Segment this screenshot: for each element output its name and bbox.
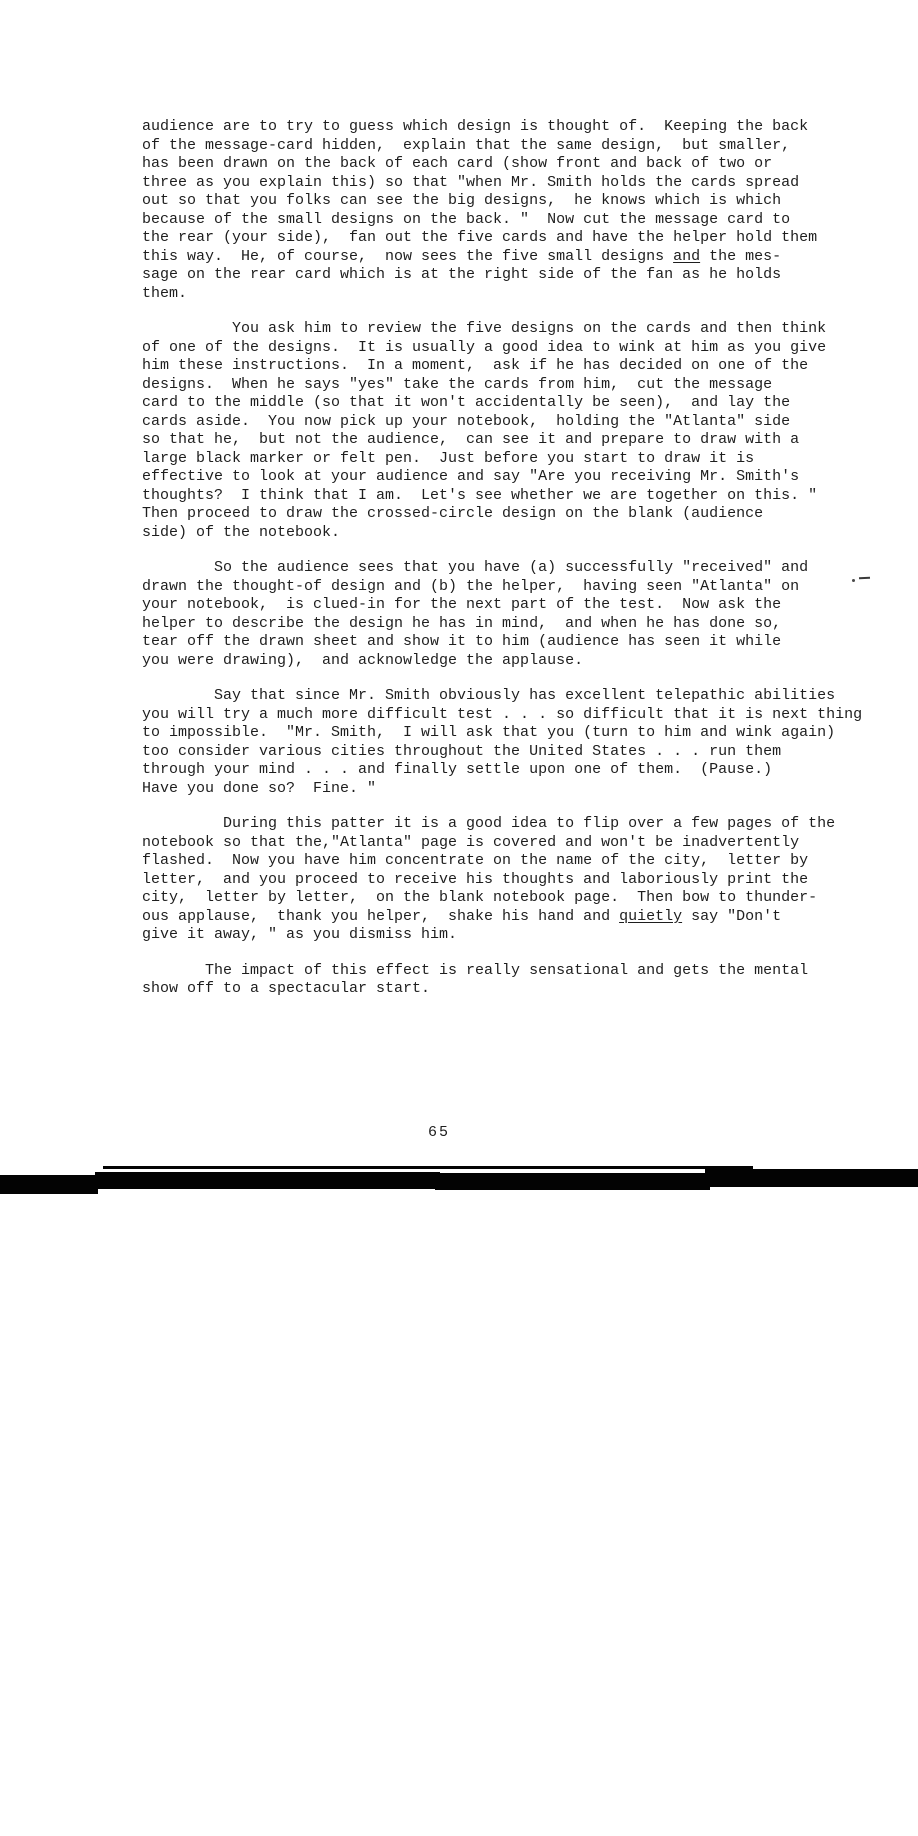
text-line: of the message-card hidden, explain that…: [142, 137, 882, 156]
text-line: city, letter by letter, on the blank not…: [142, 889, 882, 908]
text-line: the rear (your side), fan out the five c…: [142, 229, 882, 248]
scan-black-bar-segment-mid2: [435, 1173, 710, 1190]
scan-black-bar-segment-mid1: [95, 1172, 440, 1189]
text-line: During this patter it is a good idea to …: [142, 815, 882, 834]
paragraph: So the audience sees that you have (a) s…: [142, 559, 882, 670]
text-line: through your mind . . . and finally sett…: [142, 761, 882, 780]
text-line: notebook so that the,"Atlanta" page is c…: [142, 834, 882, 853]
text-line: them.: [142, 285, 882, 304]
text-line: him these instructions. In a moment, ask…: [142, 357, 882, 376]
scan-black-bar-segment-right: [705, 1169, 918, 1187]
scan-black-bar-segment-left: [0, 1175, 98, 1194]
text-line: give it away, " as you dismiss him.: [142, 926, 882, 945]
document-text: audience are to try to guess which desig…: [142, 118, 882, 1016]
scan-black-bar-thin-line: [103, 1166, 753, 1169]
text-line: large black marker or felt pen. Just bef…: [142, 450, 882, 469]
text-line: show off to a spectacular start.: [142, 980, 882, 999]
text-line: because of the small designs on the back…: [142, 211, 882, 230]
paragraph: The impact of this effect is really sens…: [142, 962, 882, 999]
text-line: You ask him to review the five designs o…: [142, 320, 882, 339]
text-line: cards aside. You now pick up your notebo…: [142, 413, 882, 432]
paragraph: Say that since Mr. Smith obviously has e…: [142, 687, 882, 798]
page-number: 65: [428, 1124, 450, 1142]
underlined-word: quietly: [619, 908, 682, 925]
text-line: you were drawing), and acknowledge the a…: [142, 652, 882, 671]
text-line: you will try a much more difficult test …: [142, 706, 882, 725]
text-line: your notebook, is clued-in for the next …: [142, 596, 882, 615]
text-line: thoughts? I think that I am. Let's see w…: [142, 487, 882, 506]
text-line: out so that you folks can see the big de…: [142, 192, 882, 211]
text-line: helper to describe the design he has in …: [142, 615, 882, 634]
text-line: tear off the drawn sheet and show it to …: [142, 633, 882, 652]
text-line: designs. When he says "yes" take the car…: [142, 376, 882, 395]
text-line: sage on the rear card which is at the ri…: [142, 266, 882, 285]
text-line: ous applause, thank you helper, shake hi…: [142, 908, 882, 927]
paragraph: You ask him to review the five designs o…: [142, 320, 882, 542]
text-line: flashed. Now you have him concentrate on…: [142, 852, 882, 871]
text-line: this way. He, of course, now sees the fi…: [142, 248, 882, 267]
text-line: audience are to try to guess which desig…: [142, 118, 882, 137]
scan-speck-dot: [852, 579, 855, 582]
text-line: So the audience sees that you have (a) s…: [142, 559, 882, 578]
text-line: three as you explain this) so that "when…: [142, 174, 882, 193]
text-line: drawn the thought-of design and (b) the …: [142, 578, 882, 597]
text-line: The impact of this effect is really sens…: [142, 962, 882, 981]
scanned-document-page: audience are to try to guess which desig…: [0, 0, 918, 1836]
underlined-word: and: [673, 248, 700, 265]
text-line: has been drawn on the back of each card …: [142, 155, 882, 174]
text-line: Have you done so? Fine. ": [142, 780, 882, 799]
text-line: of one of the designs. It is usually a g…: [142, 339, 882, 358]
text-line: to impossible. "Mr. Smith, I will ask th…: [142, 724, 882, 743]
text-line: Say that since Mr. Smith obviously has e…: [142, 687, 882, 706]
text-line: so that he, but not the audience, can se…: [142, 431, 882, 450]
text-line: too consider various cities throughout t…: [142, 743, 882, 762]
text-line: Then proceed to draw the crossed-circle …: [142, 505, 882, 524]
text-line: card to the middle (so that it won't acc…: [142, 394, 882, 413]
text-line: effective to look at your audience and s…: [142, 468, 882, 487]
text-line: letter, and you proceed to receive his t…: [142, 871, 882, 890]
paragraph: During this patter it is a good idea to …: [142, 815, 882, 945]
paragraph: audience are to try to guess which desig…: [142, 118, 882, 303]
text-line: side) of the notebook.: [142, 524, 882, 543]
